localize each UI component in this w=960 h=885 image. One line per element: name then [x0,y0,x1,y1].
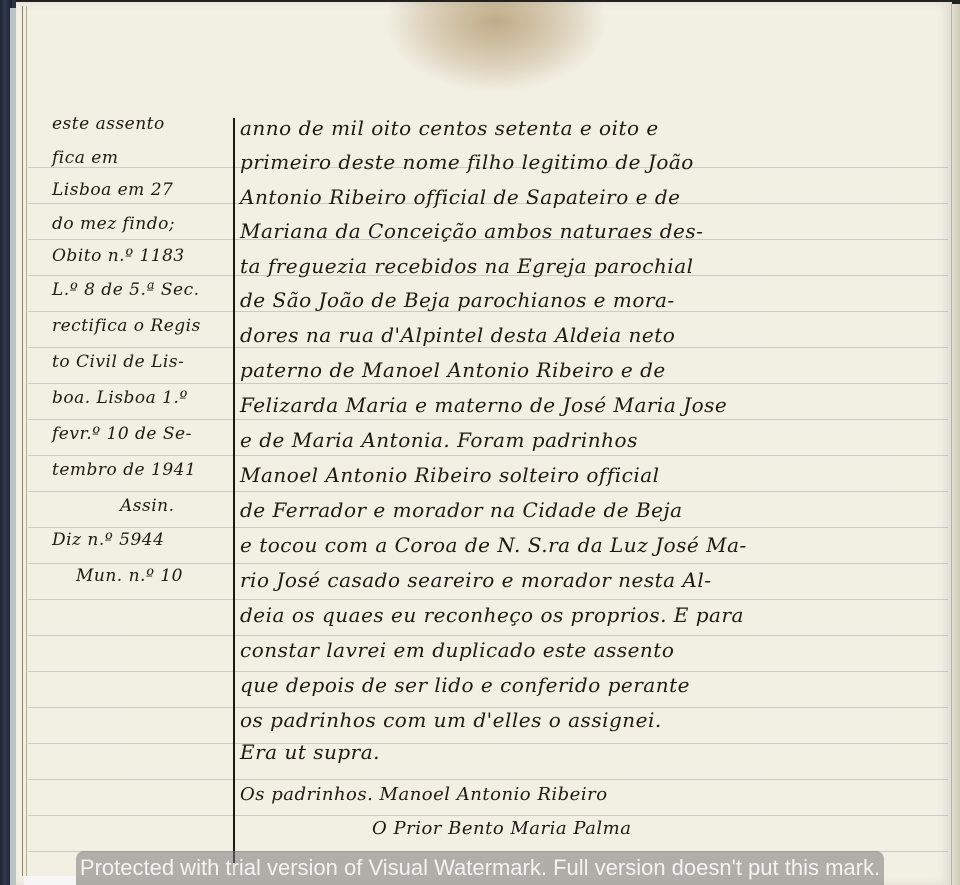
text-line: e tocou com a Coroa de N. S.ra da Luz Jo… [240,533,747,557]
text-line: Era ut supra. [240,740,380,764]
margin-line: fica em [52,148,118,168]
bottom-strip [24,876,76,885]
text-line: e de Maria Antonia. Foram padrinhos [240,428,638,452]
margin-line: L.º 8 de 5.ª Sec. [52,280,200,300]
margin-line: to Civil de Lis- [52,352,184,372]
prior-signature: O Prior Bento Maria Palma [372,818,631,839]
text-line: Manoel Antonio Ribeiro solteiro official [240,463,660,487]
text-line: os padrinhos com um d'elles o assignei. [240,708,662,732]
watermark-banner: Protected with trial version of Visual W… [76,851,884,885]
margin-line: do mez findo; [52,214,175,234]
text-line: paterno de Manoel Antonio Ribeiro e de [240,358,666,382]
text-line: Antonio Ribeiro official de Sapateiro e … [240,185,680,209]
margin-rule-inner [26,6,27,876]
text-line: rio José casado seareiro e morador nesta… [240,568,712,592]
margin-line: rectifica o Regis [52,316,201,336]
margin-line: tembro de 1941 [52,460,196,480]
text-line: anno de mil oito centos setenta e oito e [240,116,659,140]
column-divider [233,118,235,874]
margin-line: Lisboa em 27 [52,180,173,200]
text-line: deia os quaes eu reconheço os proprios. … [240,603,744,627]
margin-line: Obito n.º 1183 [52,246,185,266]
godparents-signature: Os padrinhos. Manoel Antonio Ribeiro [240,784,608,805]
text-line: Mariana da Conceição ambos naturaes des- [240,219,703,243]
margin-line: fevr.º 10 de Se- [52,424,192,444]
text-line: Felizarda Maria e materno de José Maria … [240,393,727,417]
margin-rule [22,6,23,876]
text-line: que depois de ser lido e conferido peran… [240,673,690,697]
text-line: de São João de Beja parochianos e mora- [240,288,675,312]
margin-signature: Assin. [120,496,175,516]
page-right-edge [951,4,960,885]
text-line: ta freguezia recebidos na Egreja parochi… [240,254,694,278]
text-line: constar lavrei em duplicado este assento [240,638,674,662]
margin-line: Mun. n.º 10 [76,566,183,586]
text-line: de Ferrador e morador na Cidade de Beja [240,498,683,522]
margin-line: Diz n.º 5944 [52,530,164,550]
margin-line: este assento [52,114,165,134]
text-line: primeiro deste nome filho legitimo de Jo… [240,150,694,174]
margin-line: boa. Lisboa 1.º [52,388,188,408]
text-line: dores na rua d'Alpintel desta Aldeia net… [240,323,675,347]
